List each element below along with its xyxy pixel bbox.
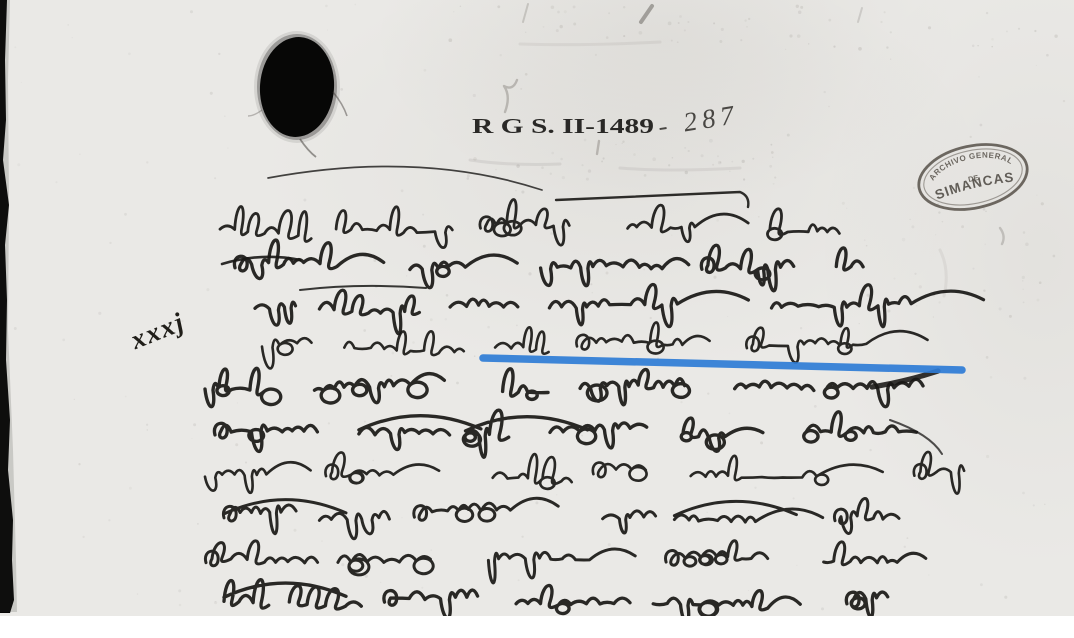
paper-speckle (14, 46, 16, 48)
paper-speckle (970, 136, 972, 138)
ghost-mark (940, 250, 946, 296)
paper-speckle (652, 157, 656, 161)
paper-speckle (592, 292, 594, 294)
handwriting-line (205, 368, 923, 406)
paper-speckle (793, 497, 795, 499)
paper-speckle (124, 213, 127, 216)
paper-speckle (525, 32, 526, 33)
paper-speckle (773, 183, 775, 185)
paper-speckle (98, 312, 101, 315)
paper-speckle (588, 169, 591, 172)
paper-speckle (928, 574, 929, 575)
paper-speckle (800, 6, 803, 9)
paper-speckle (78, 463, 80, 465)
paper-speckle (328, 422, 330, 424)
paper-speckle (887, 309, 890, 312)
paper-speckle (74, 399, 75, 400)
paper-speckle (621, 143, 622, 144)
paper-speckle (1034, 30, 1036, 32)
paper-speckle (623, 35, 625, 37)
paper-speckle (701, 154, 704, 157)
paper-speckle (821, 607, 824, 610)
paper-speckle (55, 181, 57, 183)
paper-speckle (928, 26, 931, 29)
paper-speckle (774, 177, 776, 179)
paper-speckle (401, 517, 402, 518)
paper-speckle (460, 6, 461, 7)
paper-speckle (581, 435, 583, 437)
paper-speckle (584, 139, 587, 142)
paper-speckle (1023, 302, 1025, 304)
paper-speckle (1018, 28, 1020, 30)
paper-speckle (833, 45, 835, 47)
paper-speckle (1023, 231, 1026, 234)
paper-speckle (515, 190, 517, 192)
paper-speckle (525, 73, 528, 76)
paper-speckle (354, 4, 356, 6)
paper-speckle (1009, 315, 1012, 318)
paper-speckle (622, 141, 624, 143)
paper-speckle (495, 169, 497, 171)
paper-speckle (499, 54, 501, 56)
paper-speckle (601, 160, 603, 162)
paper-speckle (800, 327, 802, 329)
ghost-mark (620, 168, 740, 170)
paper-speckle (497, 5, 500, 8)
paper-speckle (672, 157, 674, 159)
paper-speckle (190, 10, 193, 13)
paper-speckle (983, 289, 985, 291)
paper-speckle (129, 487, 132, 490)
paper-speckle (227, 147, 228, 148)
paper-speckle (785, 49, 786, 50)
handwriting-line (214, 410, 916, 457)
paper-speckle (543, 26, 545, 28)
paper-speckle (586, 178, 589, 181)
paper-speckle (1022, 492, 1025, 495)
paper-speckle (521, 536, 523, 538)
paper-speckle (516, 325, 518, 327)
paper-speckle (1022, 289, 1024, 291)
paper-speckle (866, 294, 869, 297)
flourish-stroke (300, 286, 426, 290)
paper-speckle (980, 583, 983, 586)
paper-speckle (1004, 596, 1007, 599)
paper-speckle (991, 38, 994, 41)
paper-speckle (1033, 504, 1035, 506)
ghost-mark (1000, 228, 1004, 244)
paper-speckle (453, 11, 454, 12)
paper-speckle (327, 29, 328, 30)
paper-speckle (707, 512, 708, 513)
paper-speckle (986, 356, 989, 359)
paper-speckle (401, 189, 404, 192)
paper-speckle (858, 47, 862, 51)
paper-speckle (1046, 54, 1049, 57)
paper-speckle (341, 563, 344, 566)
paper-speckle (1041, 202, 1044, 205)
paper-speckle (752, 158, 754, 160)
paper-speckle (760, 441, 763, 444)
paper-speckle (744, 19, 746, 21)
ghost-mark (523, 4, 528, 22)
scan-left-edge-shadow (0, 0, 17, 612)
paper-speckle (671, 234, 672, 235)
paper-speckle (796, 5, 799, 8)
paper-speckle (193, 423, 196, 426)
paper-speckle (712, 164, 714, 166)
paper-speckle (340, 88, 343, 91)
paper-speckle (983, 208, 986, 211)
paper-speckle (1025, 243, 1029, 247)
paper-speckle (245, 461, 247, 463)
paper-speckle (859, 323, 860, 324)
paper-speckle (235, 443, 238, 446)
paper-speckle (796, 565, 797, 566)
paper-speckle (972, 268, 974, 270)
paper-speckle (678, 22, 680, 24)
paper-speckle (668, 22, 672, 26)
paper-speckle (814, 405, 817, 408)
paper-speckle (977, 45, 978, 46)
paper-speckle (771, 151, 774, 154)
paper-speckle (772, 157, 774, 159)
document-scan-canvas: R G S. II-1489 - 287 xxxj ARCHIVO GENERA… (0, 0, 1074, 638)
paper-speckle (864, 239, 866, 241)
paper-speckle (789, 34, 792, 37)
paper-speckle (109, 242, 111, 244)
paper-speckle (294, 529, 297, 532)
paper-speckle (985, 211, 987, 213)
paper-speckle (108, 519, 110, 521)
paper-speckle (82, 536, 84, 538)
paper-speckle (688, 150, 690, 152)
paper-speckle (573, 5, 576, 8)
paper-speckle (191, 438, 192, 439)
paper-speckle (214, 601, 217, 604)
paper-speckle (372, 460, 374, 462)
paper-speckle (1036, 65, 1037, 66)
paper-speckle (978, 76, 980, 78)
paper-speckle (938, 211, 940, 213)
paper-speckle (709, 139, 713, 143)
paper-speckle (1023, 377, 1026, 380)
handwriting-line (255, 285, 984, 334)
paper-speckle (550, 232, 553, 235)
paper-speckle (808, 43, 810, 45)
paper-speckle (824, 91, 826, 93)
paper-speckle (727, 316, 728, 317)
paper-speckle (619, 348, 620, 349)
paper-speckle (423, 245, 426, 248)
paper-speckle (562, 176, 565, 179)
paper-speckle (146, 424, 148, 426)
paper-speckle (412, 341, 415, 344)
paper-speckle (520, 88, 522, 90)
paper-speckle (679, 15, 682, 18)
paper-speckle (551, 6, 555, 10)
paper-speckle (748, 18, 750, 20)
paper-speckles (14, 4, 1065, 611)
paper-speckle (392, 352, 395, 355)
handwriting-line (205, 452, 964, 494)
paper-speckle (303, 199, 306, 202)
paper-speckle (487, 326, 490, 329)
paper-speckle (473, 94, 476, 97)
paper-speckle (842, 202, 845, 205)
paper-speckle (1037, 299, 1040, 302)
handwriting-line (224, 580, 888, 623)
paper-speckle (721, 28, 724, 31)
paper-speckle (363, 329, 366, 332)
paper-speckle (430, 549, 432, 551)
paper-speckle (797, 34, 801, 38)
paper-speckle (668, 164, 670, 166)
paper-speckle (390, 375, 392, 377)
ghost-mark (520, 42, 660, 45)
paper-speckle (467, 177, 470, 180)
paper-speckle (178, 589, 181, 592)
handwriting-line (223, 498, 899, 539)
paper-speckle (365, 575, 368, 578)
paper-speckle (1022, 280, 1023, 281)
paper-speckle (643, 268, 645, 270)
paper-speckle (990, 376, 993, 379)
paper-speckle (972, 45, 975, 48)
paper-speckle (986, 12, 988, 14)
paper-speckle (935, 234, 936, 235)
paper-speckle (406, 275, 407, 276)
paper-speckle (79, 154, 80, 155)
paper-speckle (467, 174, 470, 177)
paper-speckle (980, 124, 983, 127)
paper-speckle (606, 36, 609, 39)
paper-speckle (828, 19, 831, 22)
paper-speckle (137, 593, 139, 595)
paper-speckle (1036, 195, 1037, 196)
paper-speckle (942, 221, 944, 223)
paper-speckle (422, 214, 424, 216)
paper-speckle (770, 144, 772, 146)
paper-speckle (21, 82, 22, 83)
paper-speckle (1044, 504, 1045, 505)
flourish-stroke (890, 420, 942, 454)
paper-speckle (72, 37, 73, 38)
paper-speckle (938, 301, 940, 303)
paper-speckle (606, 272, 609, 275)
paper-speckle (919, 285, 922, 288)
flourish-stroke (556, 192, 748, 207)
paper-speckle (210, 92, 213, 95)
paper-speckle (541, 166, 544, 169)
paper-speckle (1053, 255, 1056, 258)
paper-speckle (716, 219, 719, 222)
paper-speckle (906, 537, 908, 539)
paper-speckle (914, 273, 916, 275)
ghost-mark (597, 141, 599, 154)
handwriting-line (220, 200, 839, 248)
paper-speckle (474, 355, 476, 357)
paper-speckle (684, 29, 686, 31)
ghost-mark (504, 80, 517, 112)
paper-speckle (650, 317, 652, 319)
paper-speckle (564, 10, 567, 13)
paper-speckle (1022, 276, 1025, 279)
scanned-document-page: R G S. II-1489 - 287 xxxj ARCHIVO GENERA… (0, 0, 1074, 638)
paper-speckle (913, 187, 915, 189)
paper-speckle (731, 161, 733, 163)
paper-speckle (884, 11, 886, 13)
paper-speckle (557, 11, 560, 14)
paper-speckle (603, 157, 605, 159)
paper-speckle (373, 259, 376, 262)
paper-speckle (880, 21, 882, 23)
paper-speckle (769, 165, 772, 168)
paper-speckle (521, 190, 524, 193)
paper-speckle (828, 106, 829, 107)
paper-speckle (560, 25, 563, 28)
paper-speckle (984, 244, 986, 246)
paper-speckle (890, 31, 892, 33)
ghost-mark (470, 160, 560, 165)
paper-speckle (742, 160, 745, 163)
paper-speckle (550, 173, 552, 175)
paper-speckle (719, 40, 722, 43)
paper-speckle (556, 29, 559, 32)
paper-speckle (556, 494, 557, 495)
paper-speckle (1063, 100, 1065, 102)
paper-speckle (713, 276, 716, 279)
paper-speckle (911, 225, 914, 228)
paper-speckle (528, 272, 531, 275)
paper-speckle (456, 382, 459, 385)
paper-speckle (421, 587, 423, 589)
paper-speckle (798, 10, 802, 14)
paper-speckle (886, 46, 888, 48)
punch-hole (248, 31, 347, 157)
paper-speckle (125, 396, 127, 398)
paper-speckle (729, 171, 730, 172)
paper-speckle (615, 144, 616, 145)
paper-speckle (310, 234, 311, 235)
paper-speckle (17, 163, 20, 166)
paper-speckle (904, 546, 906, 548)
handwriting-line (205, 541, 925, 583)
paper-speckle (128, 52, 131, 55)
paper-speckle (999, 307, 1002, 310)
paper-speckle (758, 216, 760, 218)
paper-speckle (866, 245, 868, 247)
paper-speckle (894, 278, 896, 280)
paper-speckle (961, 225, 964, 228)
paper-speckle (224, 116, 225, 117)
paper-speckle (909, 219, 910, 220)
paper-speckle (890, 59, 891, 60)
paper-speckle (206, 288, 209, 291)
paper-speckle (364, 421, 366, 423)
paper-speckle (518, 579, 520, 581)
paper-speckle (147, 429, 148, 430)
paper-speckle (707, 392, 709, 394)
paper-speckle (608, 543, 611, 546)
paper-speckle (446, 294, 449, 297)
paper-speckle (729, 413, 731, 415)
paper-speckle (1039, 281, 1042, 284)
ghost-mark (858, 8, 862, 22)
paper-speckle (218, 53, 220, 55)
paper-speckle (644, 174, 647, 177)
paper-speckle (740, 39, 742, 41)
paper-speckle (916, 305, 918, 307)
ghost-mark (641, 6, 652, 22)
paper-speckle (14, 327, 17, 330)
paper-speckle (869, 449, 871, 451)
simancas-oval-stamp: ARCHIVO GENERAL DE SIMANCAS (913, 135, 1033, 219)
paper-speckle (573, 23, 576, 26)
paper-speckle (237, 402, 238, 403)
paper-speckle (743, 178, 745, 180)
paper-speckle (325, 5, 328, 8)
hole-whisker (300, 139, 316, 157)
paper-speckle (713, 22, 715, 24)
flourish-stroke (268, 166, 542, 190)
paper-speckle (687, 21, 689, 23)
paper-speckle (424, 69, 427, 72)
paper-speckle (560, 158, 563, 161)
paper-speckle (746, 26, 747, 27)
paper-speckle (1006, 30, 1008, 32)
paper-speckle (179, 604, 182, 607)
paper-speckle (986, 455, 989, 458)
paper-speckle (535, 501, 538, 504)
margin-note: xxxj (125, 306, 189, 355)
paper-speckle (633, 153, 636, 156)
paper-speckle (863, 506, 864, 507)
highlight-underline (483, 358, 962, 370)
paper-speckle (717, 155, 719, 157)
paper-speckle (680, 401, 682, 403)
paper-speckle (214, 177, 216, 179)
paper-speckle (608, 12, 610, 14)
paper-speckle (581, 164, 583, 166)
paper-speckle (933, 316, 934, 317)
folio-number-handwritten: - 287 (656, 99, 741, 141)
bleed-through-marks (470, 4, 1004, 296)
paper-speckle (321, 540, 323, 542)
catalog-reference-stamp: R G S. II-1489 (472, 114, 654, 138)
paper-speckle (430, 318, 433, 321)
paper-speckle (380, 582, 381, 583)
paper-speckle (197, 523, 199, 525)
scan-bottom-strip (0, 616, 1074, 638)
paper-speckle (146, 161, 148, 163)
paper-speckle (787, 134, 790, 137)
paper-speckle (677, 41, 679, 43)
paper-speckle (623, 6, 625, 8)
paper-speckle (1054, 35, 1057, 38)
paper-speckle (684, 147, 686, 149)
paper-speckle (671, 40, 673, 42)
paper-speckle (590, 283, 592, 285)
paper-speckle (902, 238, 905, 241)
paper-speckle (846, 208, 847, 209)
paper-speckle (991, 46, 993, 48)
paper-speckle (718, 161, 722, 165)
handwriting-line (234, 240, 863, 291)
paper-speckle (639, 31, 643, 35)
paper-speckle (551, 152, 554, 155)
paper-speckle (62, 339, 65, 342)
